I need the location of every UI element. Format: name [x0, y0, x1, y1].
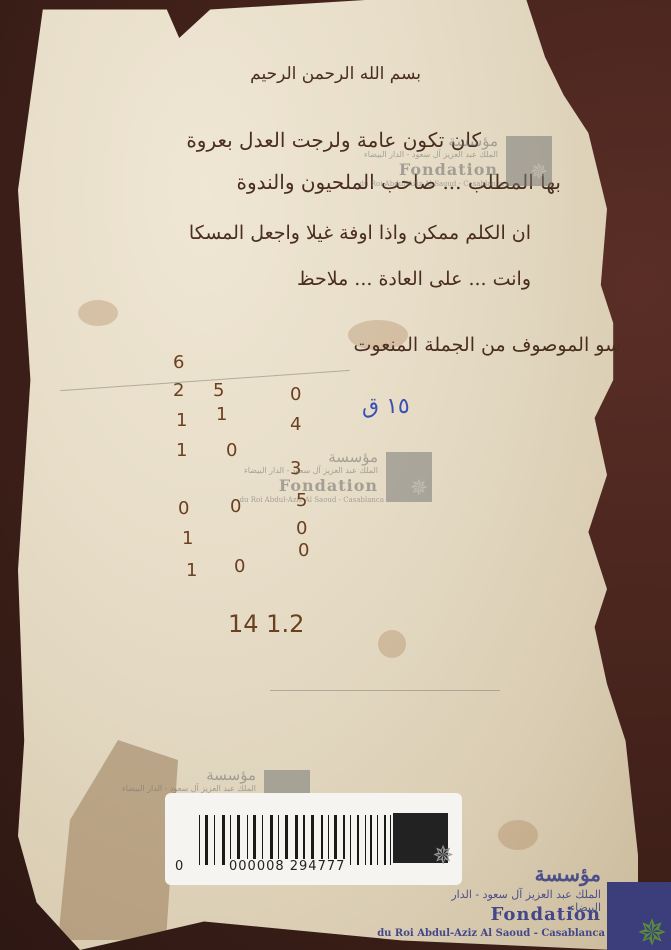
number: 0 — [234, 556, 245, 577]
barcode-label: 0 000008 294777 — [165, 793, 462, 885]
barcode-bar — [311, 815, 314, 865]
watermark-french-title: Fondation — [399, 160, 498, 179]
watermark-arabic-title: مؤسسة — [206, 766, 256, 784]
number: 0 — [226, 440, 237, 461]
number: 4 — [290, 414, 301, 435]
barcode-bar — [249, 815, 251, 865]
barcode-bar — [328, 815, 329, 865]
barcode-bar — [282, 815, 284, 865]
watermark-arabic-title: مؤسسة — [328, 448, 378, 466]
barcode-bar — [211, 815, 213, 865]
watermark-arabic-subtitle: الملك عبد العزيز آل سعود - الدار البيضاء — [364, 150, 498, 159]
watermark-arabic-subtitle: الملك عبد العزيز آل سعود - الدار البيضاء — [122, 784, 256, 793]
number: 1 — [216, 404, 227, 425]
barcode-bar — [242, 815, 244, 865]
barcode-bar — [308, 815, 310, 865]
barcode-bar — [259, 815, 261, 865]
number: 1 — [186, 560, 197, 581]
barcode-bar — [367, 815, 368, 865]
barcode-bar — [278, 815, 279, 865]
number: 0 — [298, 540, 309, 561]
barcode-bar — [387, 815, 388, 865]
barcode-bar — [375, 815, 376, 865]
barcode-bar — [253, 815, 256, 865]
foundation-logo-icon — [393, 813, 448, 863]
handwriting-line: سو الموصوف من الجملة المنعوت — [354, 334, 622, 356]
stamp-arabic-title: مؤسسة — [535, 862, 601, 886]
watermark: مؤسسة الملك عبد العزيز آل سعود - الدار ا… — [360, 132, 560, 212]
barcode-bars — [199, 815, 409, 865]
barcode-bar — [299, 815, 301, 865]
barcode-bar — [230, 815, 231, 865]
barcode-bar — [234, 815, 236, 865]
number: 2 — [173, 380, 184, 401]
number: 0 — [290, 384, 301, 405]
barcode-bar — [354, 815, 356, 865]
barcode-bar — [201, 815, 203, 865]
stain — [498, 820, 538, 850]
watermark-french-title: Fondation — [279, 476, 378, 495]
barcode-bar — [384, 815, 386, 865]
watermark-french-subtitle: du Roi Abdul-Aziz Al Saoud - Casablanca — [360, 180, 504, 188]
barcode-bar — [343, 815, 345, 865]
barcode-bar — [247, 815, 248, 865]
number: 5 — [213, 380, 224, 401]
stamp-french-subtitle: du Roi Abdul-Aziz Al Saoud - Casablanca — [377, 928, 605, 939]
barcode-bar — [262, 815, 263, 865]
stain — [378, 630, 406, 658]
number: 1 — [176, 440, 187, 461]
barcode-bar — [346, 815, 348, 865]
watermark-french-subtitle: du Roi Abdul-Aziz Al Saoud - Casablanca — [240, 496, 384, 504]
basmala: بسم الله الرحمن الرحيم — [250, 64, 421, 84]
barcode-bar — [205, 815, 208, 865]
barcode-bar — [226, 815, 228, 865]
foundation-logo-icon — [386, 452, 432, 502]
stamp-french-title: Fondation — [491, 904, 601, 925]
barcode-bar — [303, 815, 305, 865]
pencil-rule — [270, 690, 500, 691]
foundation-stamp: مؤسسة الملك عبد العزيز آل سعود - الدار ا… — [421, 858, 671, 950]
barcode-bar — [214, 815, 215, 865]
watermark-arabic-title: مؤسسة — [448, 132, 498, 150]
watermark: مؤسسة الملك عبد العزيز آل سعود - الدار ا… — [240, 448, 440, 528]
barcode-bar — [390, 815, 391, 865]
watermark-arabic-subtitle: الملك عبد العزيز آل سعود - الدار البيضاء — [244, 466, 378, 475]
barcode-bar — [285, 815, 288, 865]
barcode-bar — [295, 815, 298, 865]
barcode-number: 000008 294777 — [227, 859, 347, 874]
barcode-bar — [361, 815, 362, 865]
barcode-bar — [290, 815, 292, 865]
barcode-bar — [380, 815, 381, 865]
bottom-figure: 14 1.2 — [228, 610, 304, 638]
number: 1 — [182, 528, 193, 549]
barcode-bar — [199, 815, 200, 865]
barcode-bar — [357, 815, 359, 865]
barcode-leading-digit: 0 — [175, 859, 183, 874]
barcode-bar — [332, 815, 333, 865]
foundation-logo-icon — [607, 882, 671, 950]
barcode-bar — [274, 815, 276, 865]
blue-annotation: ١٥ ق — [362, 394, 410, 419]
foundation-logo-icon — [506, 136, 552, 186]
handwriting-line: ان الكلم ممكن واذا اوفة غيلا واجعل المسك… — [189, 222, 531, 244]
barcode-bar — [316, 815, 318, 865]
barcode-bar — [365, 815, 366, 865]
barcode-bar — [270, 815, 273, 865]
barcode-bar — [237, 815, 240, 865]
barcode-bar — [334, 815, 337, 865]
number: 6 — [173, 352, 184, 373]
barcode-bar — [324, 815, 326, 865]
barcode-bar — [321, 815, 323, 865]
barcode-bar — [217, 815, 219, 865]
barcode-bar — [222, 815, 225, 865]
number: 1 — [176, 410, 187, 431]
handwriting-line: وانت ... على العادة ... ملاحظ — [297, 268, 531, 290]
barcode-bar — [377, 815, 378, 865]
barcode-bar — [265, 815, 267, 865]
barcode-bar — [339, 815, 340, 865]
barcode-bar — [370, 815, 372, 865]
barcode-bar — [350, 815, 351, 865]
stain — [78, 300, 118, 326]
number: 0 — [178, 498, 189, 519]
